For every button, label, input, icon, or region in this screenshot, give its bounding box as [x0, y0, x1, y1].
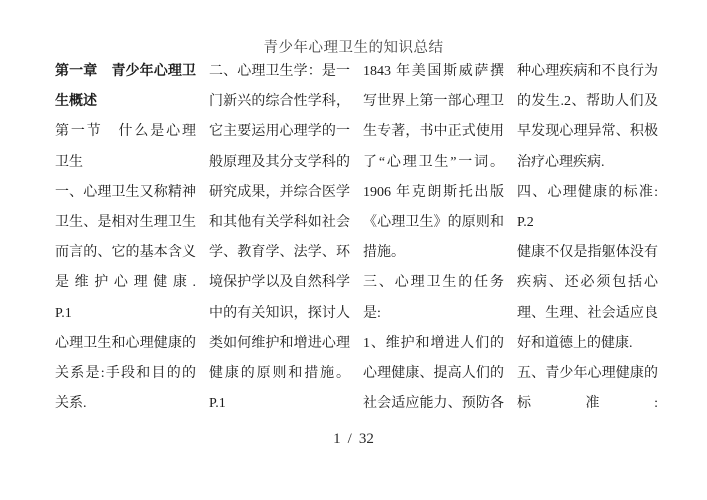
text-line: 和其他有关学科如社会 — [209, 208, 350, 238]
text-line: 三、心理卫生的任务 — [363, 268, 504, 298]
text-line: 研究成果，并综合医学 — [209, 178, 350, 208]
text-line: 《心理卫生》的原则和 — [363, 208, 504, 238]
text-line: 二、心理卫生学：是一 — [209, 57, 350, 87]
text-line: 关系. — [55, 389, 196, 419]
text-column-4: 种心理疾病和不良行为的发生.2、帮助人们及早发现心理异常、积极治疗心理疾病.四、… — [517, 57, 658, 419]
text-line: 种心理疾病和不良行为 — [517, 57, 658, 87]
text-line: 学、教育学、法学、环 — [209, 238, 350, 268]
text-line: 而言的、它的基本含义 — [55, 238, 196, 268]
text-line: 是: — [363, 299, 504, 329]
text-line: P.1 — [55, 299, 196, 329]
text-line: 社会适应能力、预防各 — [363, 389, 504, 419]
text-line: 1、维护和增进人们的 — [363, 329, 504, 359]
text-line: 1843 年美国斯威萨撰 — [363, 57, 504, 87]
text-columns: 第一章 青少年心理卫生概述第一节 什么是心理卫生一、心理卫生又称精神卫生、是相对… — [55, 57, 659, 419]
text-line: 心理卫生和心理健康的 — [55, 329, 196, 359]
document-title: 青少年心理卫生的知识总结 — [0, 36, 707, 57]
text-line: 早发现心理异常、积极 — [517, 117, 658, 147]
page-current: 1 — [333, 431, 341, 447]
page-separator: / — [348, 431, 352, 447]
text-line: 般原理及其分支学科的 — [209, 148, 350, 178]
page-number: 1/32 — [0, 431, 707, 448]
text-line: 1906 年克朗斯托出版 — [363, 178, 504, 208]
text-line: 的发生.2、帮助人们及 — [517, 87, 658, 117]
text-line: 疾病、还必须包括心 — [517, 268, 658, 298]
text-line: 健康不仅是指躯体没有 — [517, 238, 658, 268]
text-line: 生概述 — [55, 87, 196, 117]
text-line: 四、心理健康的标准: — [517, 178, 658, 208]
page-total: 32 — [359, 431, 374, 447]
text-line: 生专著，书中正式使用 — [363, 117, 504, 147]
text-line: 门新兴的综合性学科， — [209, 87, 350, 117]
text-line: 措施。 — [363, 238, 504, 268]
text-column-1: 第一章 青少年心理卫生概述第一节 什么是心理卫生一、心理卫生又称精神卫生、是相对… — [55, 57, 196, 419]
text-line: 类如何维护和增进心理 — [209, 329, 350, 359]
text-line: 五、青少年心理健康的 — [517, 359, 658, 389]
text-line: 心理健康、提高人们的 — [363, 359, 504, 389]
text-line: 了“心理卫生”一词。 — [363, 148, 504, 178]
text-line: 理、生理、社会适应良 — [517, 299, 658, 329]
text-line: 写世界上第一部心理卫 — [363, 87, 504, 117]
text-line: 卫生、是相对生理卫生 — [55, 208, 196, 238]
text-line: P.2 — [517, 208, 658, 238]
document-page: 青少年心理卫生的知识总结 第一章 青少年心理卫生概述第一节 什么是心理卫生一、心… — [0, 0, 707, 500]
text-line: 第一节 什么是心理 — [55, 117, 196, 147]
text-line: 治疗心理疾病. — [517, 148, 658, 178]
text-line: 健康的原则和措施。 — [209, 359, 350, 389]
text-line: P.1 — [209, 389, 350, 419]
text-line: 第一章 青少年心理卫 — [55, 57, 196, 87]
text-line: 好和道德上的健康. — [517, 329, 658, 359]
text-line: 关系是:手段和目的的 — [55, 359, 196, 389]
text-line: 中的有关知识，探讨人 — [209, 299, 350, 329]
text-line: 它主要运用心理学的一 — [209, 117, 350, 147]
text-line: 境保护学以及自然科学 — [209, 268, 350, 298]
text-line: 标准: — [517, 389, 658, 419]
text-column-2: 二、心理卫生学：是一门新兴的综合性学科，它主要运用心理学的一般原理及其分支学科的… — [209, 57, 350, 419]
text-line: 一、心理卫生又称精神 — [55, 178, 196, 208]
text-column-3: 1843 年美国斯威萨撰写世界上第一部心理卫生专著，书中正式使用了“心理卫生”一… — [363, 57, 504, 419]
text-line: 卫生 — [55, 148, 196, 178]
text-line: 是维护心理健康. — [55, 268, 196, 298]
